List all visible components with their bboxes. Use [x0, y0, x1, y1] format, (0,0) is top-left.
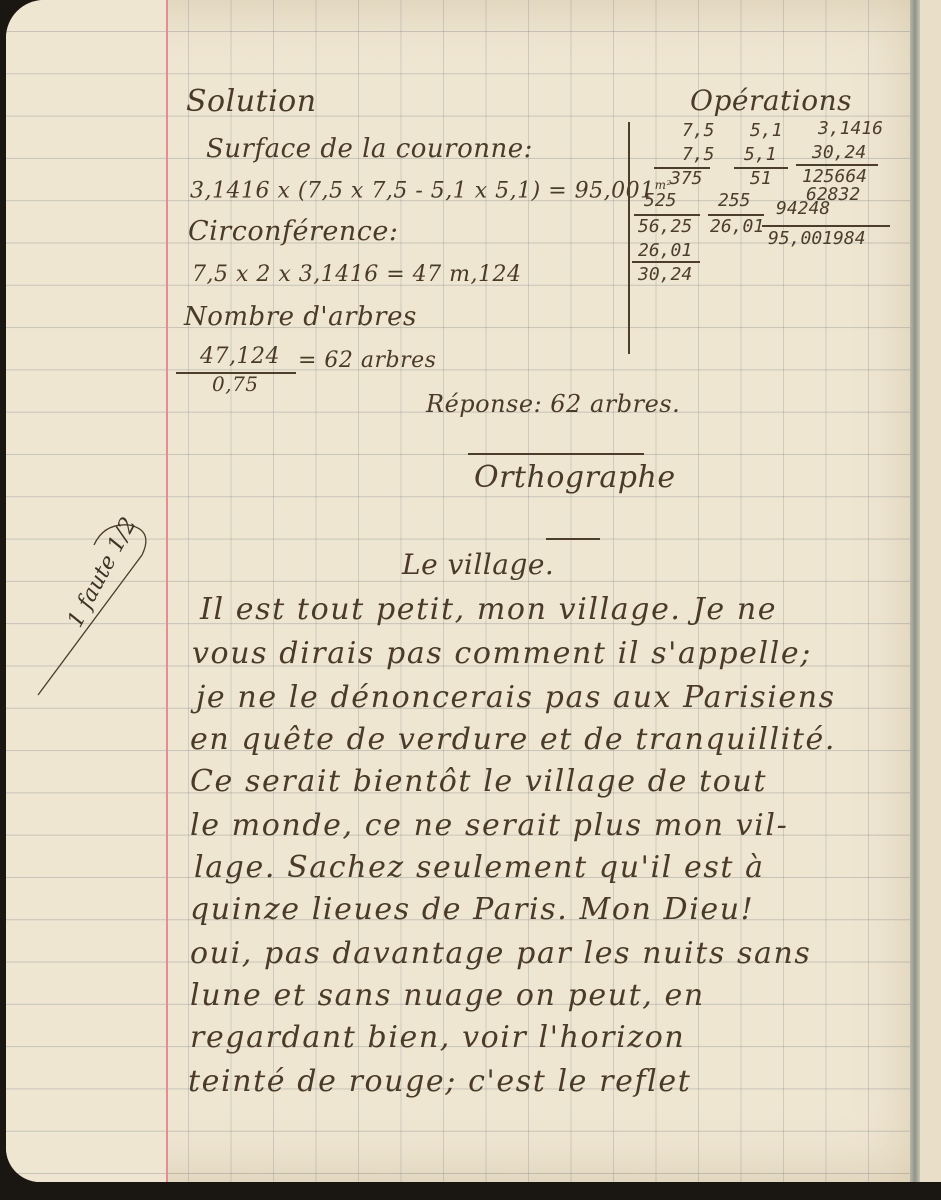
op1-p1: 375	[670, 168, 703, 189]
trees-result: = 62 arbres	[298, 348, 436, 373]
op1-sub: 26,01	[638, 240, 692, 261]
dictation-line-2: vous dirais pas comment il s'appelle;	[192, 636, 812, 671]
dictation-line-11: regardant bien, voir l'horizon	[190, 1020, 685, 1055]
op2-b: 5,1	[744, 144, 777, 165]
notebook-page: Solution Surface de la couronne: 3,1416 …	[6, 0, 916, 1182]
op1-result: 56,25	[638, 216, 692, 237]
section-title: Orthographe	[474, 460, 676, 495]
dictation-line-4: en quête de verdure et de tranquillité.	[190, 722, 836, 757]
op2-p2: 255	[718, 190, 751, 211]
adjacent-page-edge	[920, 0, 941, 1182]
margin-line	[166, 0, 168, 1182]
dictation-line-8: quinze lieues de Paris. Mon Dieu!	[190, 892, 754, 927]
trees-denominator: 0,75	[212, 372, 259, 396]
surface-label: Surface de la couronne:	[206, 134, 533, 164]
op1-a: 7,5	[682, 120, 715, 141]
dictation-line-12: teinté de rouge; c'est le reflet	[188, 1064, 691, 1099]
dictation-line-6: le monde, ce ne serait plus mon vil-	[190, 808, 788, 843]
op3-result: 95,001984	[768, 228, 866, 249]
dictation-line-10: lune et sans nuage on peut, en	[190, 978, 705, 1013]
op1-diff: 30,24	[638, 264, 692, 285]
circumference-label: Circonférence:	[188, 216, 398, 247]
solution-heading: Solution	[186, 84, 317, 119]
dictation-line-3: je ne le dénoncerais pas aux Parisiens	[196, 680, 836, 715]
dictation-title: Le village.	[402, 548, 554, 581]
op2-result: 26,01	[710, 216, 764, 237]
surface-calc-text: 3,1416 x (7,5 x 7,5 - 5,1 x 5,1) = 95,00…	[190, 178, 655, 203]
op1-b: 7,5	[682, 144, 715, 165]
op3-rule2	[762, 225, 890, 227]
trees-numerator: 47,124	[200, 344, 280, 369]
orthographe-overline	[468, 453, 644, 455]
op3-b: 30,24	[812, 142, 866, 163]
dictation-line-9: oui, pas davantage par les nuits sans	[190, 936, 811, 971]
op2-a: 5,1	[750, 120, 783, 141]
circumference-calculation: 7,5 x 2 x 3,1416 = 47 m,124	[192, 262, 522, 287]
title-underline	[546, 538, 600, 540]
op1-p2: 525	[644, 190, 677, 211]
trees-label: Nombre d'arbres	[184, 302, 417, 332]
notebook-spine	[910, 0, 920, 1182]
dictation-line-7: lage. Sachez seulement qu'il est à	[194, 850, 765, 885]
operations-heading: Opérations	[690, 84, 852, 117]
op3-a: 3,1416	[818, 118, 883, 139]
op1-rule3	[632, 261, 700, 263]
op2-p1: 51	[750, 168, 772, 189]
dictation-line-5: Ce serait bientôt le village de tout	[190, 764, 767, 799]
op3-p3: 94248	[776, 198, 830, 219]
dictation-line-1: Il est tout petit, mon village. Je ne	[200, 592, 777, 627]
surface-calculation: 3,1416 x (7,5 x 7,5 - 5,1 x 5,1) = 95,00…	[190, 178, 672, 203]
operations-divider	[628, 122, 630, 354]
answer: Réponse: 62 arbres.	[426, 390, 680, 418]
